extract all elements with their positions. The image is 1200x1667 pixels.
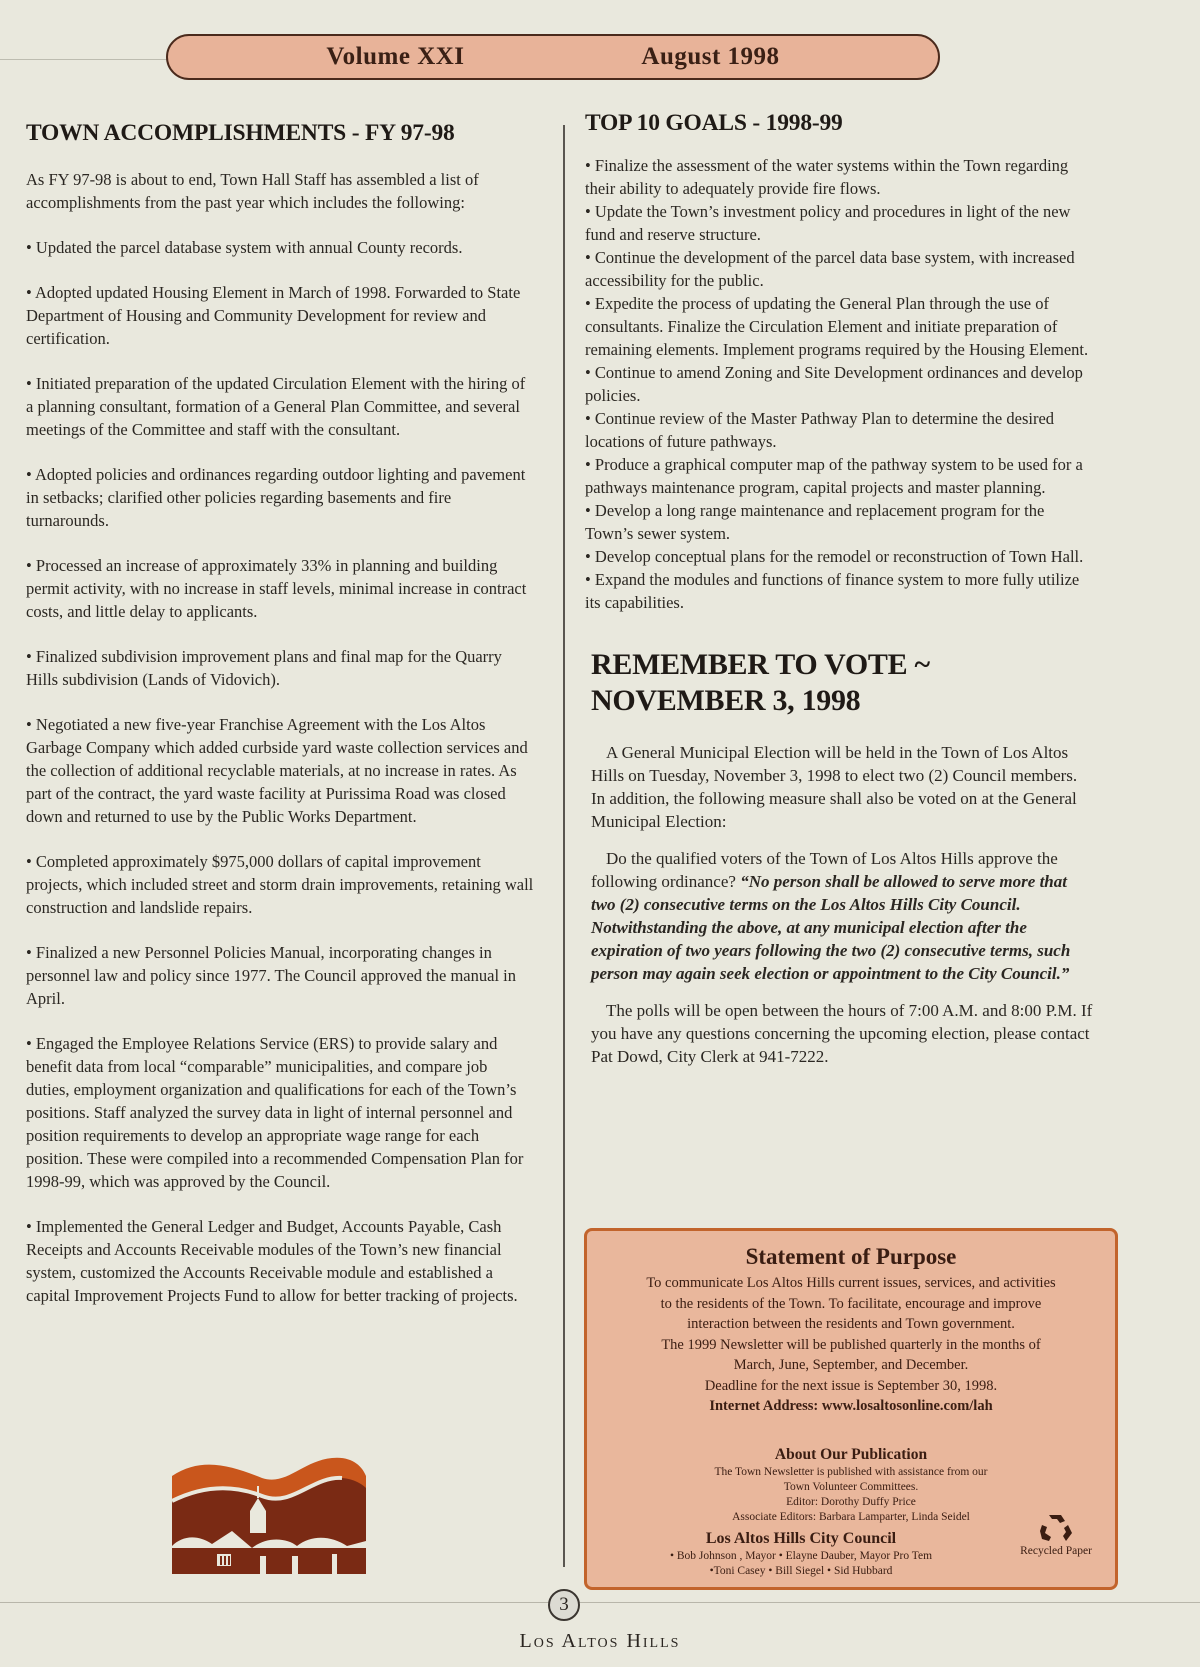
vote-title-line2: NOVEMBER 3, 1998 [591, 684, 860, 717]
goal-item: • Develop a long range maintenance and r… [585, 499, 1095, 545]
accomplishments-intro: As FY 97-98 is about to end, Town Hall S… [26, 168, 534, 214]
goal-item: • Produce a graphical computer map of th… [585, 453, 1095, 499]
issue-date: August 1998 [641, 43, 779, 71]
accomplishment-item: • Negotiated a new five-year Franchise A… [26, 713, 534, 828]
goal-item: • Develop conceptual plans for the remod… [585, 545, 1095, 568]
recycled-paper-label: Recycled Paper [1020, 1545, 1092, 1557]
council-line: • Bob Johnson , Mayor • Elayne Dauber, M… [587, 1549, 1015, 1564]
purpose-line: Deadline for the next issue is September… [587, 1376, 1115, 1397]
purpose-line: March, June, September, and December. [587, 1355, 1115, 1376]
accomplishment-item: • Initiated preparation of the updated C… [26, 372, 534, 441]
goals-column: TOP 10 GOALS - 1998-99 • Finalize the as… [585, 108, 1095, 1082]
page-number: 3 [548, 1589, 580, 1621]
goal-item: • Update the Town’s investment policy an… [585, 200, 1095, 246]
footer-town-name: Los Altos Hills [0, 1630, 1200, 1653]
footer-rule [0, 1602, 1200, 1603]
ballot-measure: Do the qualified voters of the Town of L… [591, 847, 1095, 985]
purpose-line: To communicate Los Altos Hills current i… [587, 1273, 1115, 1294]
recycle-icon [1039, 1511, 1073, 1543]
accomplishments-title: TOWN ACCOMPLISHMENTS - FY 97-98 [26, 118, 534, 148]
volume-label: Volume XXI [326, 43, 464, 71]
column-divider [563, 125, 565, 1567]
goal-item: • Continue to amend Zoning and Site Deve… [585, 361, 1095, 407]
about-line: Editor: Dorothy Duffy Price [587, 1495, 1115, 1510]
about-title: About Our Publication [587, 1445, 1115, 1465]
accomplishment-item: • Completed approximately $975,000 dolla… [26, 850, 534, 919]
about-line: The Town Newsletter is published with as… [587, 1465, 1115, 1480]
council-title: Los Altos Hills City Council [587, 1529, 1015, 1549]
goals-list: • Finalize the assessment of the water s… [585, 154, 1095, 614]
accomplishment-item: • Updated the parcel database system wit… [26, 236, 534, 259]
town-logo-icon [172, 1456, 366, 1574]
about-line: Town Volunteer Committees. [587, 1480, 1115, 1495]
goal-item: • Expand the modules and functions of fi… [585, 568, 1095, 614]
purpose-line: The 1999 Newsletter will be published qu… [587, 1335, 1115, 1356]
purpose-line: to the residents of the Town. To facilit… [587, 1294, 1115, 1315]
statement-of-purpose-box: Statement of Purpose To communicate Los … [584, 1228, 1118, 1590]
city-council: Los Altos Hills City Council • Bob Johns… [587, 1517, 1015, 1579]
accomplishment-item: • Finalized subdivision improvement plan… [26, 645, 534, 691]
vote-title: REMEMBER TO VOTE ~ NOVEMBER 3, 1998 [591, 647, 1095, 719]
polling-hours: The polls will be open between the hours… [591, 999, 1095, 1068]
accomplishment-item: • Processed an increase of approximately… [26, 554, 534, 623]
accomplishment-item: • Implemented the General Ledger and Bud… [26, 1215, 534, 1307]
goal-item: • Finalize the assessment of the water s… [585, 154, 1095, 200]
goal-item: • Continue the development of the parcel… [585, 246, 1095, 292]
accomplishment-item: • Finalized a new Personnel Policies Man… [26, 941, 534, 1010]
accomplishment-item: • Adopted updated Housing Element in Mar… [26, 281, 534, 350]
recycled-paper-badge: Recycled Paper [1011, 1511, 1101, 1557]
accomplishment-item: • Engaged the Employee Relations Service… [26, 1032, 534, 1193]
masthead-bar: Volume XXI August 1998 [166, 34, 940, 80]
council-line: •Toni Casey • Bill Siegel • Sid Hubbard [587, 1564, 1015, 1579]
goals-title: TOP 10 GOALS - 1998-99 [585, 108, 1095, 138]
accomplishments-column: TOWN ACCOMPLISHMENTS - FY 97-98 As FY 97… [26, 118, 534, 1329]
purpose-line: interaction between the residents and To… [587, 1314, 1115, 1335]
goal-item: • Expedite the process of updating the G… [585, 292, 1095, 361]
accomplishment-item: • Adopted policies and ordinances regard… [26, 463, 534, 532]
goal-item: • Continue review of the Master Pathway … [585, 407, 1095, 453]
top-rule [0, 59, 170, 60]
purpose-title: Statement of Purpose [587, 1243, 1115, 1271]
purpose-text: To communicate Los Altos Hills current i… [587, 1273, 1115, 1417]
vote-title-line1: REMEMBER TO VOTE ~ [591, 648, 930, 681]
election-announcement: A General Municipal Election will be hel… [591, 741, 1095, 833]
internet-address: Internet Address: www.losaltosonline.com… [587, 1396, 1115, 1417]
